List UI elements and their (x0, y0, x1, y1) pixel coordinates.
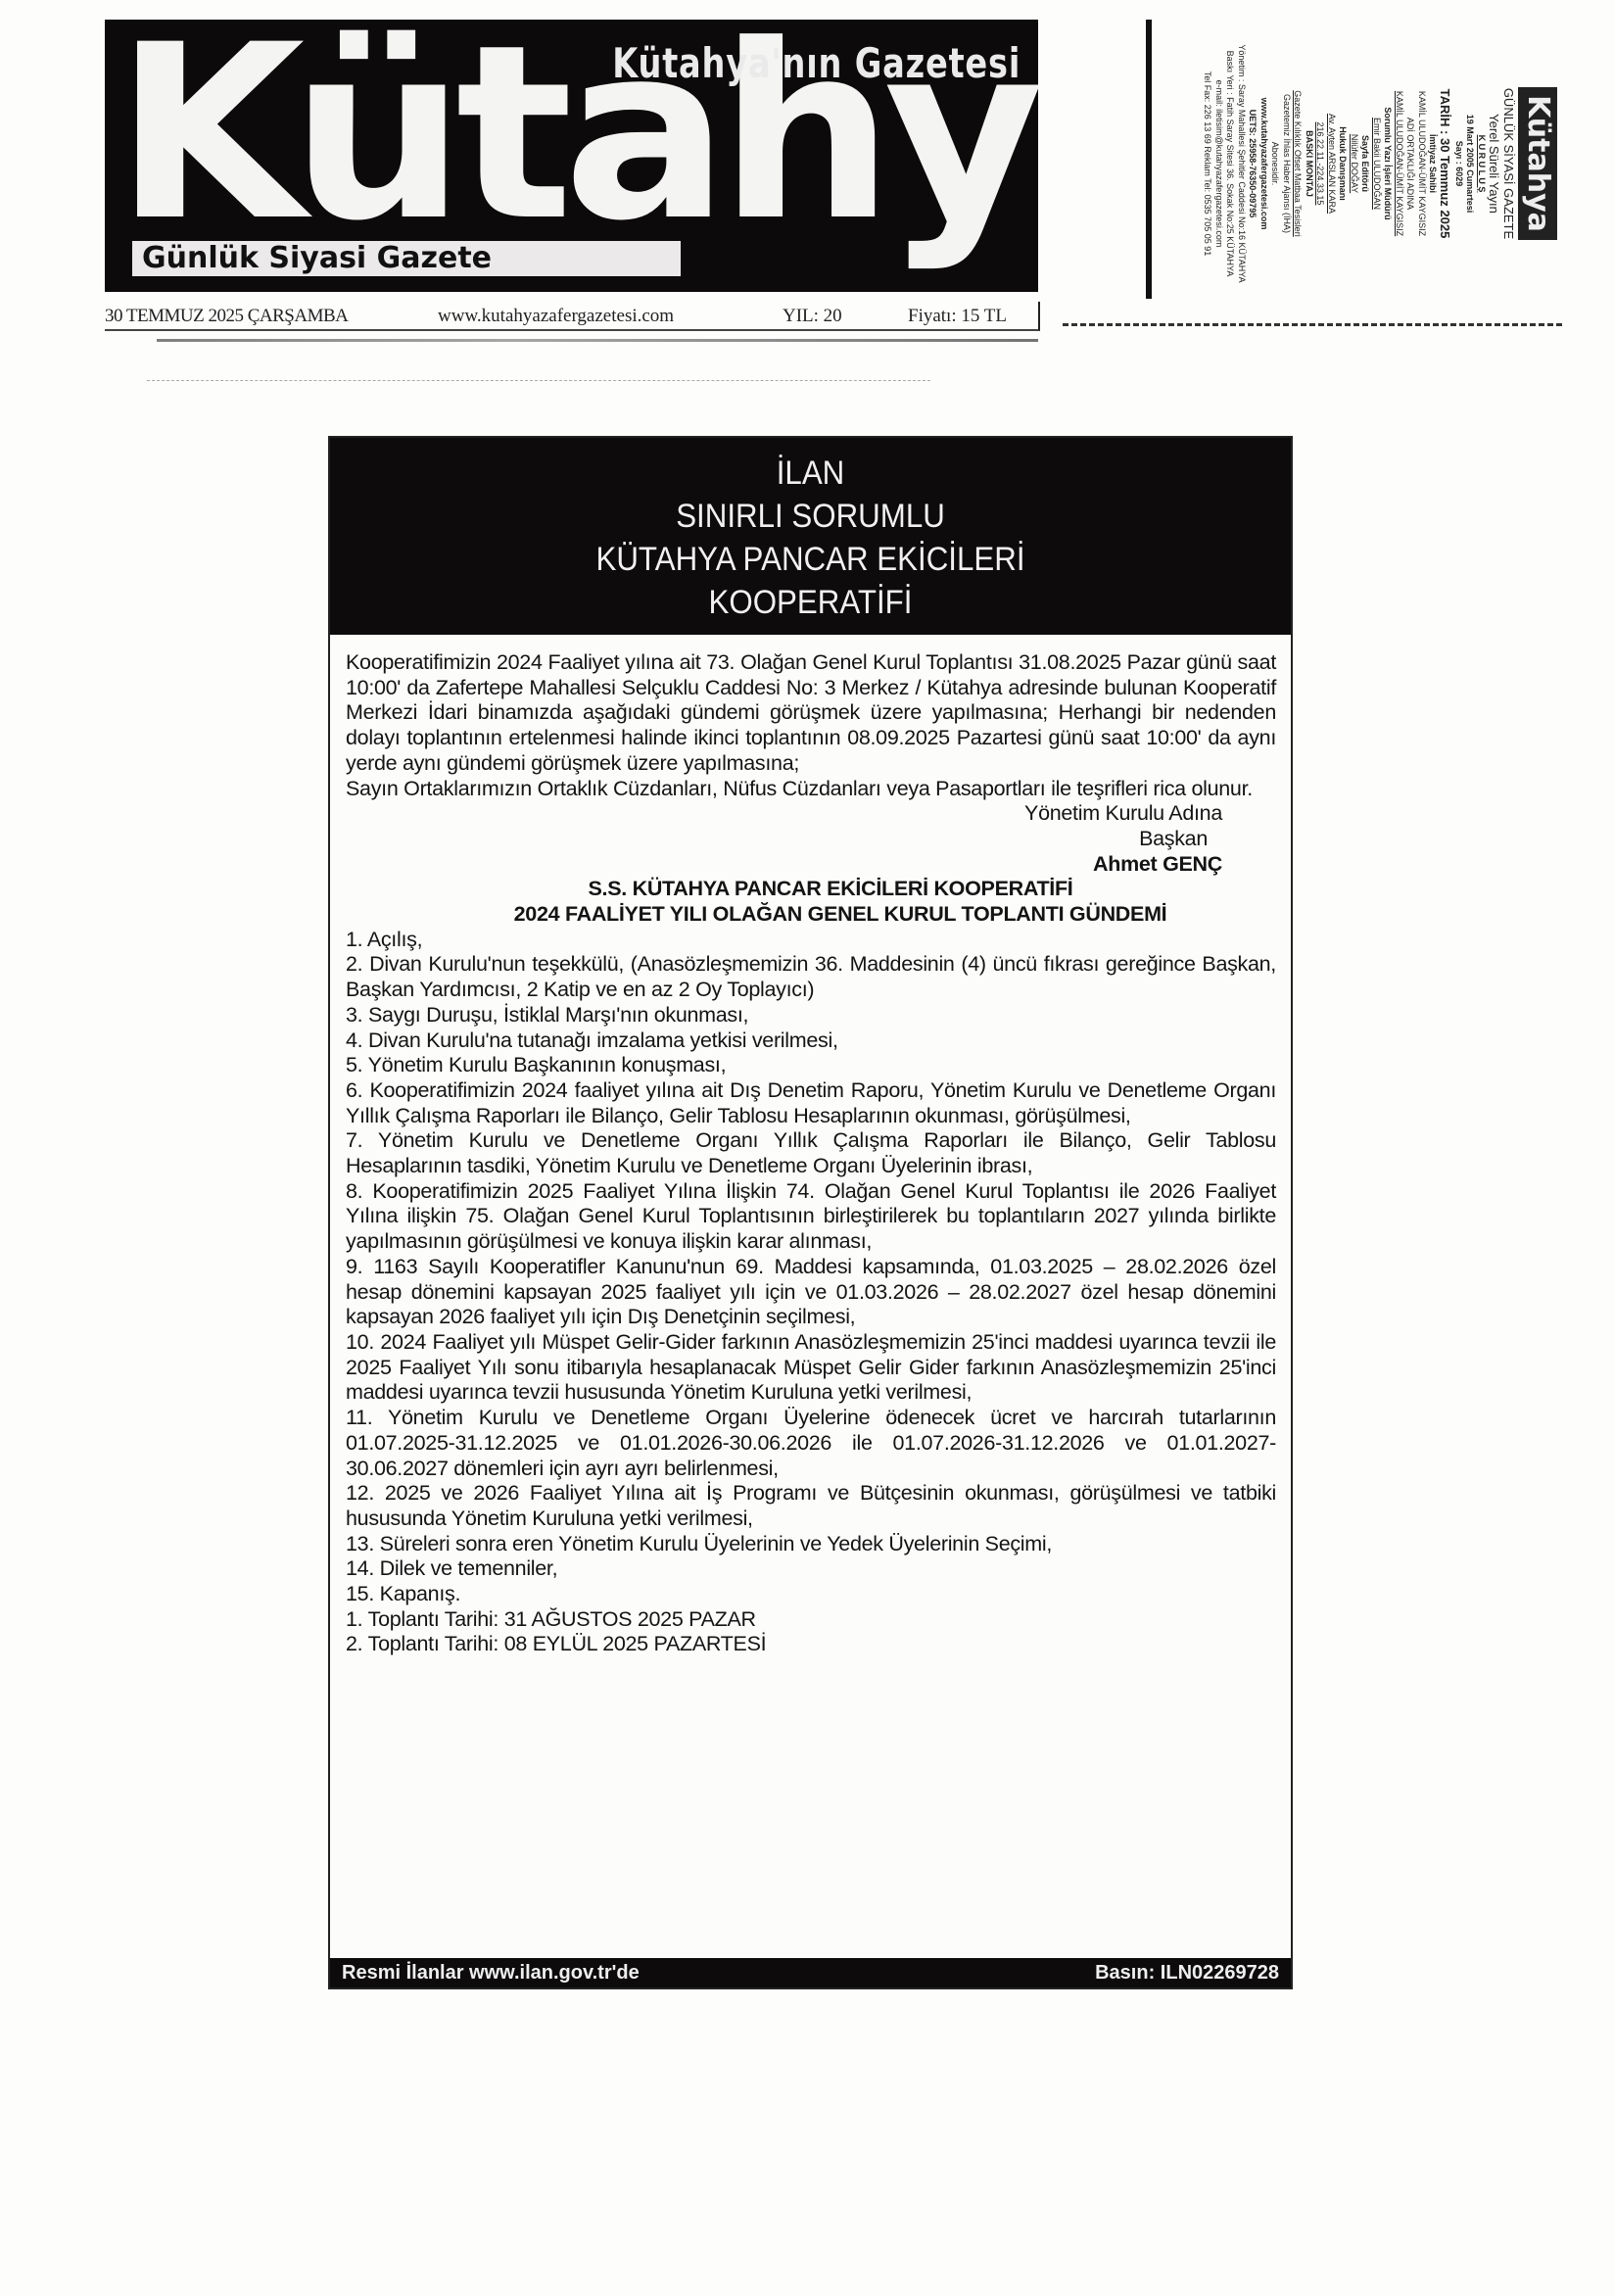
colophon-line: Yerel Süreli Yayın (1487, 22, 1501, 306)
meeting-date-second: 2. Toplantı Tarihi: 08 EYLÜL 2025 PAZART… (346, 1632, 1276, 1657)
colophon-line: KAMİL ULUDOĞAN-ÜMİT KAYGISIZ (1394, 22, 1405, 306)
legal-notice: İLAN SINIRLI SORUMLU KÜTAHYA PANCAR EKİC… (328, 436, 1293, 1989)
agenda-item: 12. 2025 ve 2026 Faaliyet Yılına ait İş … (346, 1481, 1276, 1531)
notice-header: İLAN SINIRLI SORUMLU KÜTAHYA PANCAR EKİC… (330, 438, 1291, 635)
signature-title: Başkan (346, 827, 1276, 852)
dateline: 30 TEMMUZ 2025 ÇARŞAMBA www.kutahyazafer… (105, 302, 1040, 331)
colophon-line: BASKI MONTAJ (1304, 22, 1315, 306)
signature-block: Yönetim Kurulu Adına Başkan Ahmet GENÇ (346, 801, 1276, 877)
colophon-line: Gazetemiz İhlas Haber Ajansı (İHA) (1281, 22, 1293, 306)
colophon-line: İmtiyaz Sahibi (1427, 22, 1439, 306)
agenda-item: 1. Açılış, (346, 928, 1276, 953)
colophon-line: Av. Ayten ARSLAN KARA (1326, 22, 1338, 306)
publication-year: YIL: 20 (783, 306, 842, 327)
issue-date: 30 TEMMUZ 2025 ÇARŞAMBA (105, 306, 348, 327)
masthead: Kütahya Kütahya'nın Gazetesi Günlük Siya… (105, 20, 1038, 292)
agenda-item: 10. 2024 Faaliyet yılı Müspet Gelir-Gide… (346, 1330, 1276, 1406)
agenda-title: S.S. KÜTAHYA PANCAR EKİCİLERİ KOOPERATİF… (346, 877, 1276, 902)
colophon-line: Emir Bakii ULUDOĞAN (1371, 22, 1383, 306)
agenda-item: 7. Yönetim Kurulu ve Denetleme Organı Yı… (346, 1128, 1276, 1178)
meeting-date-first: 1. Toplantı Tarihi: 31 AĞUSTOS 2025 PAZA… (346, 1607, 1276, 1633)
colophon-line: Gazete Kılıklık Ofset Matbaa Tesisleri (1292, 22, 1304, 306)
notice-footer: Resmi İlanlar www.ilan.gov.tr'de Basın: … (330, 1958, 1291, 1987)
issue-price: Fiyatı: 15 TL (908, 306, 1007, 327)
agenda-item: 14. Dilek ve temenniler, (346, 1556, 1276, 1582)
colophon-content: Kütahya GÜNLÜK SİYASİ GAZETEYerel Süreli… (1202, 22, 1557, 306)
colophon-line: UETS: 25958-76350-09795 (1247, 22, 1258, 306)
notice-header-line: SINIRLI SORUMLU (368, 495, 1253, 538)
agenda-item: 2. Divan Kurulu'nun teşekkülü, (Anasözle… (346, 952, 1276, 1002)
colophon-line: Tel Fax: 226 13 69 Reklam Tel: 0535 705 … (1202, 22, 1213, 306)
colophon-line: ADİ ORTAKLIĞI ADINA (1404, 22, 1416, 306)
agenda-item: 4. Divan Kurulu'na tutanağı imzalama yet… (346, 1028, 1276, 1054)
colophon-divider (1146, 20, 1152, 299)
agenda-item: 5. Yönetim Kurulu Başkanının konuşması, (346, 1053, 1276, 1078)
agenda-item: 8. Kooperatifimizin 2025 Faaliyet Yılına… (346, 1179, 1276, 1255)
colophon-line: 19 Mart 2005 Cumartesi (1464, 22, 1476, 306)
newspaper-tagline: Kütahya'nın Gazetesi (612, 39, 1021, 87)
agenda-item: 13. Süreleri sonra eren Yönetim Kurulu Ü… (346, 1532, 1276, 1557)
notice-header-line: KÜTAHYA PANCAR EKİCİLERİ (368, 538, 1253, 581)
notice-header-line: KOOPERATİFİ (368, 581, 1253, 624)
agenda-item: 6. Kooperatifimizin 2024 faaliyet yılına… (346, 1078, 1276, 1128)
newspaper-subtitle: Günlük Siyasi Gazete (142, 241, 492, 276)
agenda-item: 15. Kapanış. (346, 1582, 1276, 1607)
agenda-subtitle: 2024 FAALİYET YILI OLAĞAN GENEL KURUL TO… (346, 902, 1276, 928)
notice-header-line: İLAN (368, 452, 1253, 495)
colophon-line: e-mail: iletisim@kutahyazafergazetesi.co… (1213, 22, 1225, 306)
signature-name: Ahmet GENÇ (346, 852, 1276, 878)
agenda-item: 3. Saygı Duruşu, İstiklal Marşı'nın okun… (346, 1003, 1276, 1028)
colophon-logo: Kütahya (1518, 87, 1557, 240)
signature-line: Yönetim Kurulu Adına (346, 801, 1276, 827)
colophon-line: Sorumlu Yazı İşleri Müdürü (1382, 22, 1394, 306)
colophon: Kütahya GÜNLÜK SİYASİ GAZETEYerel Süreli… (1156, 22, 1567, 315)
colophon-line: TARİH : 30 Temmuz 2025 (1439, 22, 1453, 306)
intro-paragraph: Kooperatifimizin 2024 Faaliyet yılına ai… (346, 650, 1276, 777)
faint-rule (147, 380, 930, 382)
agenda-item: 11. Yönetim Kurulu ve Denetleme Organı Ü… (346, 1406, 1276, 1481)
colophon-dashed-rule (1063, 323, 1562, 326)
agenda-item: 9. 1163 Sayılı Kooperatifler Kanunu'nun … (346, 1255, 1276, 1330)
colophon-line: GÜNLÜK SİYASİ GAZETE (1501, 22, 1516, 306)
colophon-line: 216.22.11.-224.33.15 (1314, 22, 1326, 306)
press-code: Basın: ILN02269728 (1095, 1958, 1279, 1987)
official-notices-link[interactable]: Resmi İlanlar www.ilan.gov.tr'de (342, 1958, 640, 1987)
agenda-list: 1. Açılış,2. Divan Kurulu'nun teşekkülü,… (346, 928, 1276, 1607)
intro-paragraph: Sayın Ortaklarımızın Ortaklık Cüzdanları… (346, 777, 1276, 802)
colophon-line: Sayı : 6029 (1453, 22, 1465, 306)
website-link[interactable]: www.kutahyazafergazetesi.com (438, 306, 674, 327)
colophon-line: Hukuk Danışmanı (1337, 22, 1349, 306)
colophon-line: Baskı Yeri : Fatih Saray Sitesi 36. Soka… (1224, 22, 1236, 306)
meeting-dates: 1. Toplantı Tarihi: 31 AĞUSTOS 2025 PAZA… (346, 1607, 1276, 1657)
colophon-line: Yönetim : Saray Mahallesi Şehitler Cadde… (1236, 22, 1248, 306)
notice-body: Kooperatifimizin 2024 Faaliyet yılına ai… (346, 650, 1276, 1657)
colophon-line: Nilüfer DOĞAY (1349, 22, 1360, 306)
colophon-line: www.kutahyazafergazetesi.com (1258, 22, 1270, 306)
colophon-line: KAMİL ULUDOĞAN-ÜMİT KAYGISIZ (1416, 22, 1428, 306)
colophon-line: Sayfa Editörü (1359, 22, 1371, 306)
colophon-line: K U R U L U Ş (1476, 22, 1488, 306)
masthead-rule (157, 339, 1038, 342)
colophon-line: Abonesidir. (1269, 22, 1281, 306)
